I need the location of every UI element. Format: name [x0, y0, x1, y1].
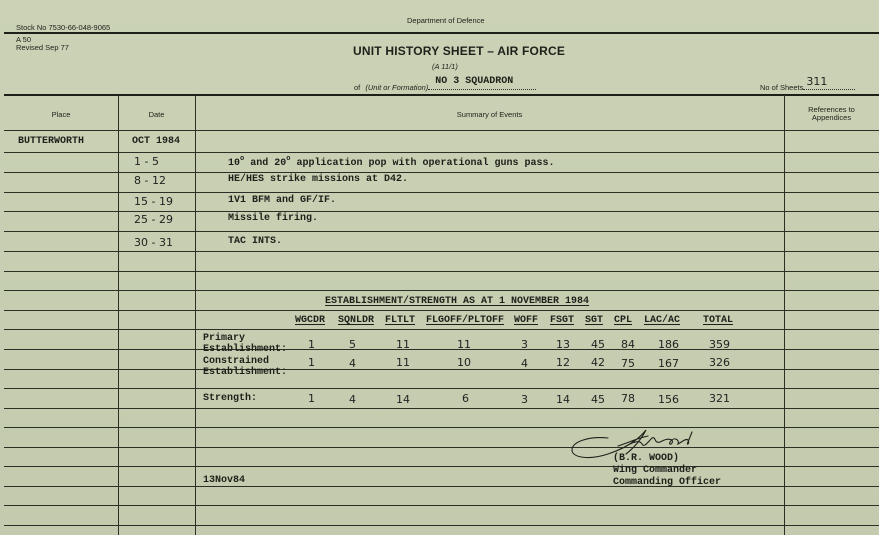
- row-rule: [4, 525, 879, 526]
- row-rule: [4, 172, 879, 173]
- form-revision: Revised Sep 77: [16, 44, 69, 52]
- value-wgcdr: 1: [308, 392, 315, 405]
- row-rule: [4, 251, 879, 252]
- signatory-rank: Wing Commander: [613, 465, 697, 476]
- unit-label: (Unit or Formation): [365, 83, 428, 92]
- value-flgoff: 10: [457, 356, 471, 369]
- column-divider-place: [118, 95, 119, 535]
- value-wgcdr: 1: [308, 338, 315, 351]
- value-sgt: 45: [591, 338, 605, 351]
- unit-prefix: of: [354, 83, 360, 92]
- signatory-name: (B.R. WOOD): [613, 453, 679, 464]
- row-rule: [4, 310, 879, 311]
- value-cpl: 84: [621, 338, 635, 351]
- unit-history-sheet: Stock No 7530-66-048-9065 Department of …: [0, 0, 879, 535]
- value-fsgt: 14: [556, 393, 570, 406]
- row-rule: [4, 369, 879, 370]
- col-total: TOTAL: [703, 315, 733, 326]
- row-rule: [4, 486, 879, 487]
- value-lac-ac: 167: [658, 357, 679, 370]
- unit-field: of (Unit or Formation)NO 3 SQUADRON: [354, 80, 536, 92]
- row-label-constrained: Constrained Establishment:: [203, 356, 287, 378]
- header-references: References to Appendices: [784, 106, 879, 122]
- entry-date: 8 - 12: [134, 174, 166, 187]
- column-divider-date: [195, 95, 196, 535]
- summary-text: 10: [228, 158, 240, 169]
- row-rule: [4, 152, 879, 153]
- value-fsgt: 12: [556, 356, 570, 369]
- header-rule: [4, 32, 879, 34]
- entry-date: 25 - 29: [134, 213, 173, 226]
- value-fltlt: 14: [396, 393, 410, 406]
- col-sgt: SGT: [585, 315, 603, 326]
- row-label-line2: Establishment:: [203, 367, 287, 378]
- header-summary: Summary of Events: [195, 110, 784, 119]
- entry-summary: 10o and 20o application pop with operati…: [228, 155, 554, 169]
- header-references-line2: Appendices: [784, 114, 879, 122]
- value-wgcdr: 1: [308, 356, 315, 369]
- page-title: UNIT HISTORY SHEET – AIR FORCE: [353, 44, 565, 58]
- row-label-line2: Establishment:: [203, 344, 287, 355]
- row-label-line1: Primary: [203, 333, 287, 344]
- form-reference: (A 11/1): [432, 62, 458, 71]
- entry-summary: 1V1 BFM and GF/IF.: [228, 195, 336, 206]
- stock-number: Stock No 7530-66-048-9065: [16, 23, 110, 32]
- value-sgt: 45: [591, 393, 605, 406]
- unit-value: NO 3 SQUADRON: [435, 76, 513, 87]
- entry-summary: TAC INTS.: [228, 236, 282, 247]
- value-sqnldr: 5: [349, 338, 356, 351]
- col-flgoff-pltoff: FLGOFF/PLTOFF: [426, 315, 504, 326]
- value-lac-ac: 156: [658, 393, 679, 406]
- value-sqnldr: 4: [349, 357, 356, 370]
- department-label: Department of Defence: [407, 16, 485, 25]
- place-value: BUTTERWORTH: [18, 136, 84, 147]
- entry-summary: Missile firing.: [228, 213, 318, 224]
- col-cpl: CPL: [614, 315, 632, 326]
- entry-summary: HE/HES strike missions at D42.: [228, 174, 408, 185]
- unit-value-line: NO 3 SQUADRON: [428, 80, 536, 90]
- value-woff: 3: [521, 393, 528, 406]
- row-label-primary: Primary Establishment:: [203, 333, 287, 355]
- row-label-strength: Strength:: [203, 393, 257, 404]
- row-rule: [4, 427, 879, 428]
- sheets-value: 311: [806, 75, 827, 88]
- value-sqnldr: 4: [349, 393, 356, 406]
- col-fltlt: FLTLT: [385, 315, 415, 326]
- column-divider-summary: [784, 95, 785, 535]
- value-cpl: 78: [621, 392, 635, 405]
- col-wgcdr: WGCDR: [295, 315, 325, 326]
- row-rule: [4, 349, 879, 350]
- row-rule: [4, 329, 879, 330]
- row-rule: [4, 211, 879, 212]
- form-code: A 50 Revised Sep 77: [16, 36, 69, 52]
- summary-text: application pop with operational guns pa…: [290, 158, 554, 169]
- col-sqnldr: SQNLDR: [338, 315, 374, 326]
- row-rule: [4, 447, 879, 448]
- col-woff: WOFF: [514, 315, 538, 326]
- value-woff: 4: [521, 357, 528, 370]
- value-fsgt: 13: [556, 338, 570, 351]
- row-rule: [4, 388, 879, 389]
- value-total: 321: [709, 392, 730, 405]
- signatory-role: Commanding Officer: [613, 477, 721, 488]
- sheets-field: No of Sheets311: [760, 80, 855, 92]
- row-rule: [4, 466, 879, 467]
- entry-date: 30 - 31: [134, 236, 173, 249]
- row-rule: [4, 231, 879, 232]
- value-cpl: 75: [621, 357, 635, 370]
- row-rule: [4, 290, 879, 291]
- sheets-value-line: 311: [803, 80, 855, 90]
- value-total: 326: [709, 356, 730, 369]
- summary-text: and 20: [244, 158, 286, 169]
- entry-date: 15 - 19: [134, 195, 173, 208]
- establishment-heading: ESTABLISHMENT/STRENGTH AS AT 1 NOVEMBER …: [325, 296, 589, 307]
- table-header-rule: [4, 130, 879, 131]
- header-place: Place: [4, 110, 118, 119]
- entry-date: 1 - 5: [134, 155, 159, 168]
- value-fltlt: 11: [396, 356, 410, 369]
- value-sgt: 42: [591, 356, 605, 369]
- value-total: 359: [709, 338, 730, 351]
- value-flgoff: 11: [457, 338, 471, 351]
- value-fltlt: 11: [396, 338, 410, 351]
- row-rule: [4, 192, 879, 193]
- value-woff: 3: [521, 338, 528, 351]
- value-flgoff: 6: [462, 392, 469, 405]
- row-rule: [4, 505, 879, 506]
- row-rule: [4, 408, 879, 409]
- header-date: Date: [118, 110, 195, 119]
- signed-date: 13Nov84: [203, 475, 245, 486]
- value-lac-ac: 186: [658, 338, 679, 351]
- col-lac-ac: LAC/AC: [644, 315, 680, 326]
- row-rule: [4, 271, 879, 272]
- table-top-rule: [4, 94, 879, 96]
- col-fsgt: FSGT: [550, 315, 574, 326]
- sheets-label: No of Sheets: [760, 83, 803, 92]
- month-value: OCT 1984: [132, 136, 180, 147]
- row-label-line1: Constrained: [203, 356, 287, 367]
